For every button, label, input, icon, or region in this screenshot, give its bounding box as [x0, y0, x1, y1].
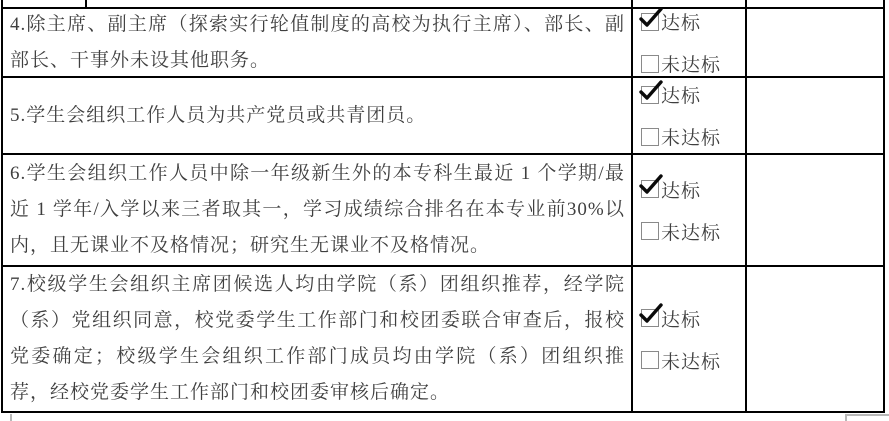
status-cell: 达标 未达标: [633, 78, 747, 153]
criteria-text-cell: 7.校级学生会组织主席团候选人均由学院（系）团组织推荐，经学院（系）党组织同意，…: [3, 267, 633, 411]
remark-cell[interactable]: [747, 9, 883, 76]
criteria-text: 4.除主席、副主席（探索实行轮值制度的高校为执行主席）、部长、副部长、干事外未设…: [10, 9, 625, 76]
document-page: 4.除主席、副主席（探索实行轮值制度的高校为执行主席）、部长、副部长、干事外未设…: [0, 0, 889, 421]
table-divider: [631, 0, 633, 7]
next-table-partial: [0, 413, 889, 421]
checkmark-icon: [639, 303, 663, 325]
met-label: 达标: [661, 305, 701, 332]
previous-row-partial: [3, 0, 883, 9]
criteria-text: 5.学生会组织工作人员为共产党员或共青团员。: [10, 98, 426, 134]
ghost-border: [845, 414, 889, 416]
not-met-label: 未达标: [661, 218, 721, 245]
checkmark-icon: [639, 7, 663, 29]
status-cell: 达标 未达标: [633, 155, 747, 265]
criteria-text: 7.校级学生会组织主席团候选人均由学院（系）团组织推荐，经学院（系）党组织同意，…: [10, 267, 625, 411]
met-checkbox[interactable]: [641, 309, 659, 327]
met-checkbox[interactable]: [641, 180, 659, 198]
remark-cell[interactable]: [747, 267, 883, 411]
criteria-text-cell: 6.学生会组织工作人员中除一年级新生外的本专科生最近 1 个学期/最近 1 学年…: [3, 155, 633, 265]
met-option[interactable]: 达标: [641, 8, 745, 35]
criteria-text-cell: 5.学生会组织工作人员为共产党员或共青团员。: [3, 78, 633, 153]
not-met-label: 未达标: [661, 347, 721, 374]
met-label: 达标: [661, 81, 701, 108]
met-option[interactable]: 达标: [641, 305, 745, 332]
criteria-text: 6.学生会组织工作人员中除一年级新生外的本专科生最近 1 个学期/最近 1 学年…: [10, 156, 625, 264]
met-label: 达标: [661, 176, 701, 203]
table-divider: [85, 0, 87, 7]
not-met-option[interactable]: 未达标: [641, 50, 745, 77]
not-met-checkbox[interactable]: [641, 55, 659, 73]
checkmark-icon: [639, 80, 663, 102]
status-cell: 达标 未达标: [633, 9, 747, 76]
criteria-row: 6.学生会组织工作人员中除一年级新生外的本专科生最近 1 个学期/最近 1 学年…: [3, 155, 883, 267]
met-checkbox[interactable]: [641, 13, 659, 31]
criteria-row: 7.校级学生会组织主席团候选人均由学院（系）团组织推荐，经学院（系）党组织同意，…: [3, 267, 883, 413]
met-label: 达标: [661, 8, 701, 35]
remark-cell[interactable]: [747, 78, 883, 153]
not-met-label: 未达标: [661, 123, 721, 150]
met-checkbox[interactable]: [641, 86, 659, 104]
not-met-checkbox[interactable]: [641, 222, 659, 240]
criteria-rows: 4.除主席、副主席（探索实行轮值制度的高校为执行主席）、部长、副部长、干事外未设…: [3, 9, 883, 413]
met-option[interactable]: 达标: [641, 81, 745, 108]
checkmark-icon: [639, 174, 663, 196]
not-met-option[interactable]: 未达标: [641, 123, 745, 150]
not-met-label: 未达标: [661, 50, 721, 77]
not-met-option[interactable]: 未达标: [641, 218, 745, 245]
remark-cell[interactable]: [747, 155, 883, 265]
not-met-checkbox[interactable]: [641, 351, 659, 369]
criteria-row: 4.除主席、副主席（探索实行轮值制度的高校为执行主席）、部长、副部长、干事外未设…: [3, 9, 883, 78]
ghost-border: [845, 414, 847, 421]
criteria-text-cell: 4.除主席、副主席（探索实行轮值制度的高校为执行主席）、部长、副部长、干事外未设…: [3, 9, 633, 76]
criteria-table: 4.除主席、副主席（探索实行轮值制度的高校为执行主席）、部长、副部长、干事外未设…: [1, 0, 885, 413]
ghost-border: [10, 414, 12, 421]
met-option[interactable]: 达标: [641, 176, 745, 203]
criteria-row: 5.学生会组织工作人员为共产党员或共青团员。 达标 未达标: [3, 78, 883, 155]
status-cell: 达标 未达标: [633, 267, 747, 411]
not-met-checkbox[interactable]: [641, 128, 659, 146]
table-divider: [745, 0, 747, 7]
not-met-option[interactable]: 未达标: [641, 347, 745, 374]
